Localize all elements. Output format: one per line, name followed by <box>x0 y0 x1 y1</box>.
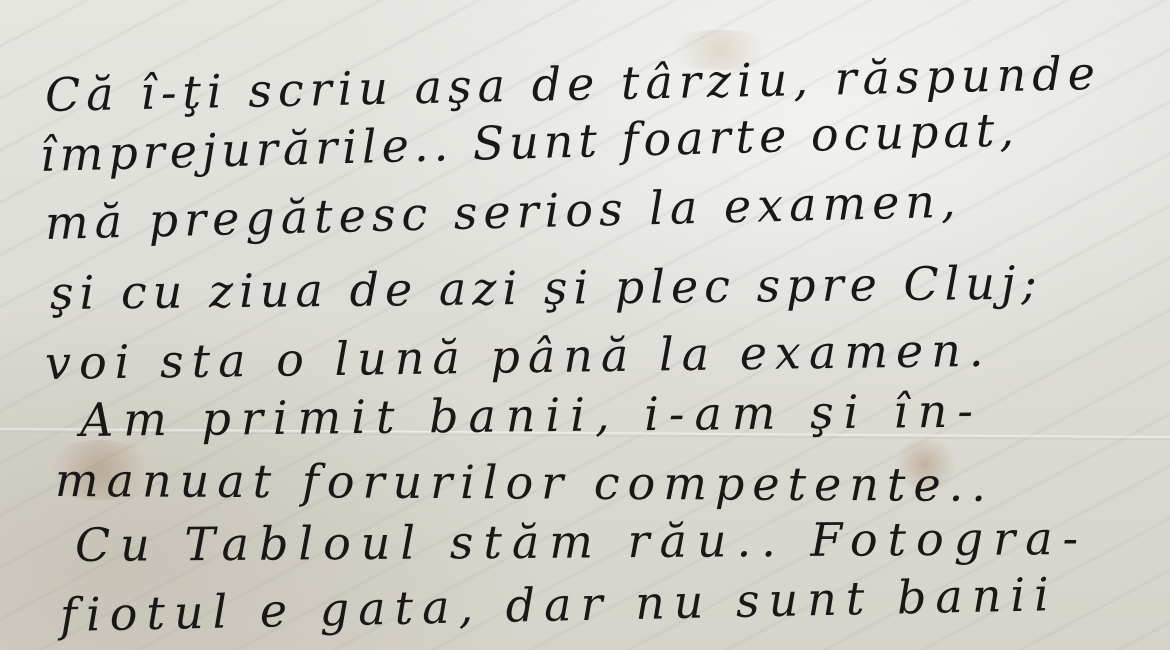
letter-paper: Că î-ţi scriu aşa de târziu, răspunde îm… <box>0 0 1170 650</box>
letter-line-4: şi cu ziua de azi şi plec spre Cluj; <box>50 256 1043 320</box>
letter-line-8: Cu Tabloul stăm rău.. Fotogra- <box>75 511 1088 572</box>
letter-line-6: Am primit banii, i-am şi în- <box>80 384 983 447</box>
letter-line-7: manuat forurilor competente.. <box>55 453 994 512</box>
